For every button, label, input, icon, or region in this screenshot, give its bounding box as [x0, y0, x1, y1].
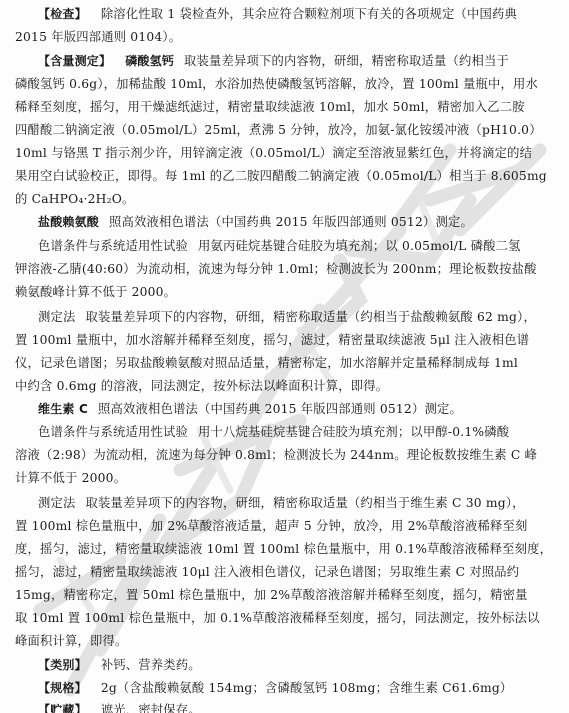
vitc-method-line: 测定法取装量差异项下的内容物，研细，精密称取适量（约相当于维生素 C 30 mg… [38, 495, 555, 511]
lysine-heading-line: 盐酸赖氨酸照高效液相色谱法（中国药典 2015 年版四部通则 0512）测定。 [38, 214, 555, 230]
vitc-method-line: 峰面积计算，即得。 [15, 633, 555, 649]
spec-label: 【规格】 [38, 681, 87, 695]
category-value: 补钙、营养类药。 [101, 658, 201, 672]
lysine-method-line: 中约含 0.6mg 的溶液，同法测定，按外标法以峰面积计算，即得。 [15, 378, 555, 394]
calcium-line: 四醋酸二钠滴定液（0.05mol/L）25ml，煮沸 5 分钟，放冷，加氨-氯化… [15, 122, 555, 138]
lysine-chrom-line: 赖氨酸峰计算不低于 2000。 [15, 284, 555, 300]
vitc-chrom-label: 色谱条件与系统适用性试验 [38, 425, 188, 439]
category-line: 【类别】补钙、营养类药。 [38, 657, 555, 673]
storage-line: 【贮藏】遮光，密封保存。 [38, 702, 555, 713]
lysine-method-line: 仪，记录色谱图；另取盐酸赖氨酸对照品适量，精密称定，加水溶解并定量稀释制成每 1… [15, 355, 555, 371]
vitc-chrom-line: 计算不低于 2000。 [15, 470, 555, 486]
spec-line: 【规格】2g（含盐酸赖氨酸 154mg；含磷酸氢钙 108mg；含维生素 C61… [38, 680, 555, 696]
vitc-title: 维生素 C [38, 402, 88, 416]
storage-value: 遮光，密封保存。 [101, 703, 201, 713]
vitc-method-label: 测定法 [38, 496, 76, 510]
spec-value: 2g（含盐酸赖氨酸 154mg；含磷酸氢钙 108mg；含维生素 C61.6mg… [101, 681, 513, 695]
vitc-chrom-line: 色谱条件与系统适用性试验用十八烷基硅烷基键合硅胶为填充剂；以甲醇-0.1%磷酸 [38, 424, 555, 440]
vitc-method-line: 15mg，精密称定，置 50ml 棕色量瓶中，加 2%草酸溶液溶解并稀释至刻度，… [15, 587, 555, 603]
calcium-line: 的 CaHPO₄·2H₂O。 [15, 191, 555, 207]
vitc-method-line: 摇匀，滤过，精密量取续滤液 10μl 注入液相色谱仪，记录色谱图；另取维生素 C… [15, 564, 555, 580]
inspection-line-1: 【检查】除溶化性取 1 袋检查外，其余应符合颗粒剂项下有关的各项规定（中国药典 [38, 6, 555, 22]
vitc-method-line: 度，摇匀，滤过，精密量取续滤液 10ml 置 100ml 棕色量瓶中，用 0.1… [15, 541, 555, 557]
vitc-heading-line: 维生素 C照高效液相色谱法（中国药典 2015 年版四部通则 0512）测定。 [38, 401, 555, 417]
category-label: 【类别】 [38, 658, 87, 672]
vitc-chrom-line: 溶液（2:98）为流动相，流速为每分钟 0.8ml；检测波长为 244nm。理论… [15, 447, 555, 463]
calcium-line: 稀释至刻度，摇匀，用干燥滤纸滤过，精密量取续滤液 10ml，加水 50ml，精密… [15, 99, 555, 115]
lysine-chrom-label: 色谱条件与系统适用性试验 [38, 239, 188, 253]
calcium-line: 果用空白试验校正，即得。每 1ml 的乙二胺四醋酸二钠滴定液（0.05mol/L… [15, 168, 555, 184]
assay-heading-line: 【含量测定】磷酸氢钙取装量差异项下的内容物，研细，精密称取适量（约相当于 [38, 53, 555, 69]
lysine-title: 盐酸赖氨酸 [38, 215, 99, 229]
inspection-label: 【检查】 [38, 7, 87, 21]
storage-label: 【贮藏】 [38, 703, 87, 713]
vitc-method-line: 取 10ml 置 100ml 棕色量瓶中，加 0.1%草酸溶液稀释至刻度，摇匀，… [15, 610, 555, 626]
inspection-line-2: 2015 年版四部通则 0104）。 [15, 29, 555, 45]
lysine-method-line: 置 100ml 量瓶中，加水溶解并稀释至刻度，摇匀，滤过，精密量取续滤液 5μl… [15, 332, 555, 348]
lysine-chrom-line: 色谱条件与系统适用性试验用氨丙硅烷基键合硅胶为填充剂；以 0.05mol/L 磷… [38, 238, 555, 254]
lysine-method-line: 测定法取装量差异项下的内容物，研细，精密称取适量（约相当于盐酸赖氨酸 62 mg… [38, 309, 555, 325]
vitc-method-line: 置 100ml 棕色量瓶中，加 2%草酸溶液适量，超声 5 分钟，放冷，用 2%… [15, 518, 555, 534]
assay-label: 【含量测定】 [38, 54, 111, 68]
calcium-line: 10ml 与铬黑 T 指示剂少许，用锌滴定液（0.05mol/L）滴定至溶液显紫… [15, 145, 555, 161]
document-page: 【检查】除溶化性取 1 袋检查外，其余应符合颗粒剂项下有关的各项规定（中国药典 … [0, 0, 569, 713]
lysine-method-label: 测定法 [38, 310, 76, 324]
lysine-chrom-line: 钾溶液-乙腈(40:60）为流动相，流速为每分钟 1.0ml；检测波长为 200… [15, 261, 555, 277]
calcium-title: 磷酸氢钙 [125, 54, 174, 68]
calcium-line: 磷酸氢钙 0.6g），加稀盐酸 10ml，水浴加热使磷酸氢钙溶解，放冷，置 10… [15, 76, 555, 92]
